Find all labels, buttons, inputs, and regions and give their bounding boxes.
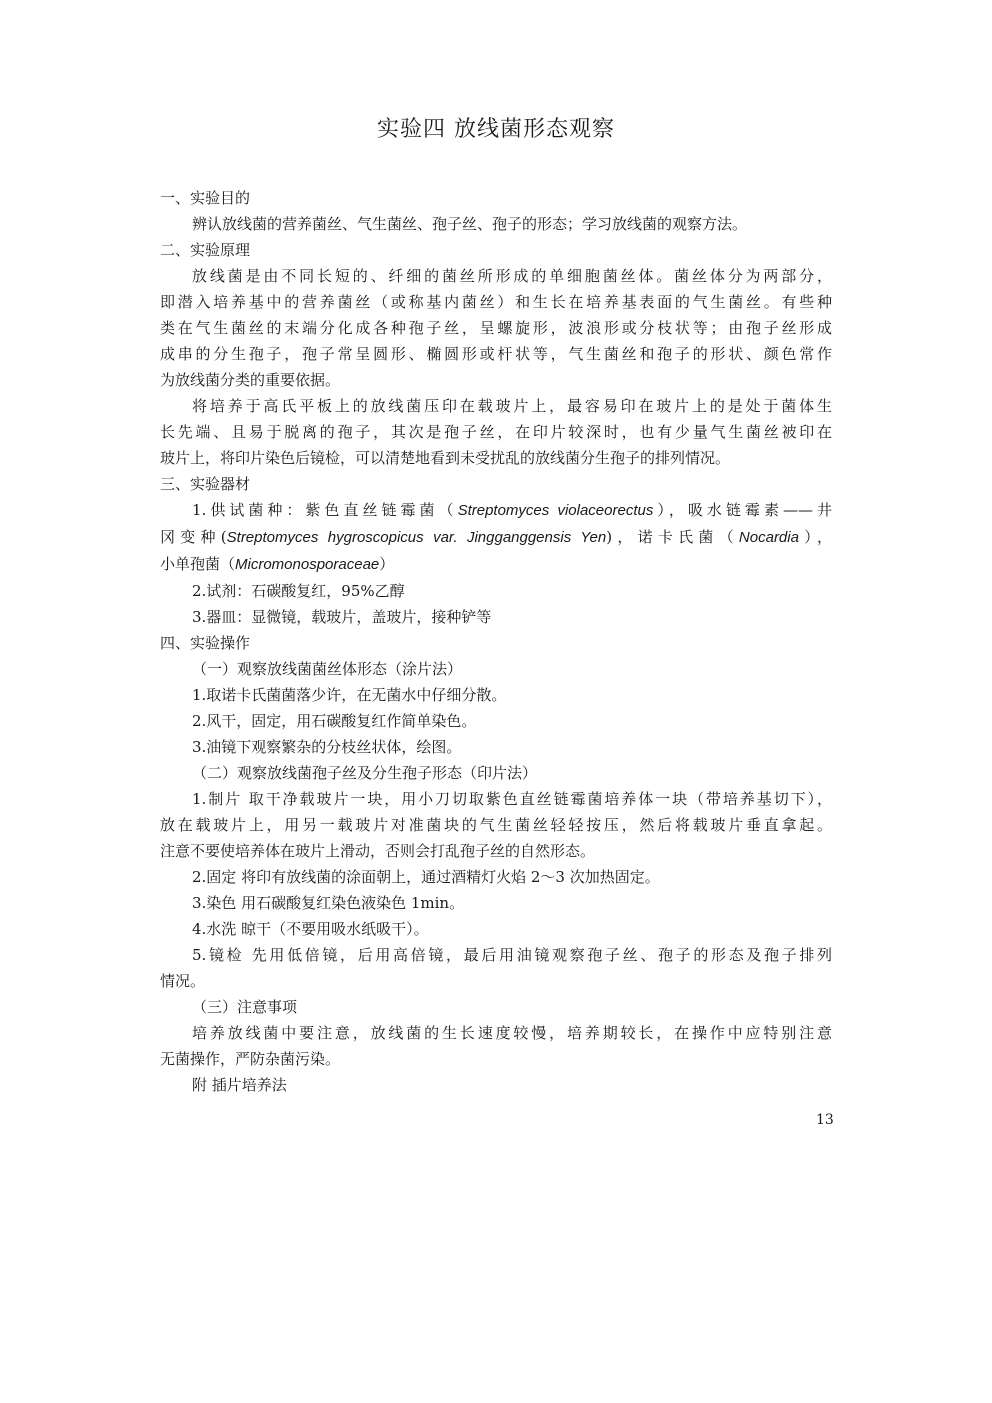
- text: 冈变种(: [160, 528, 227, 546]
- paragraph-line: 类在气生菌丝的末端分化成各种孢子丝，呈螺旋形，波浪形或分枝状等；由孢子丝形成: [160, 315, 832, 341]
- step-line: 情况。: [160, 968, 832, 994]
- step: 3.油镜下观察繁杂的分枝丝状体，绘图。: [160, 734, 832, 760]
- materials-item-1-line: 小单孢菌（Micromonosporaceae）: [160, 551, 832, 578]
- step: 1.取诺卡氏菌菌落少许，在无菌水中仔细分散。: [160, 682, 832, 708]
- paragraph-line: 无菌操作，严防杂菌污染。: [160, 1046, 832, 1072]
- paragraph-line: 玻片上，将印片染色后镜检，可以清楚地看到未受扰乱的放线菌分生孢子的排列情况。: [160, 445, 832, 471]
- species-name: Streptomyces hygroscopicus var. Jinggang…: [227, 529, 607, 546]
- step: 4.水洗 晾干（不要用吸水纸吸干）。: [160, 916, 832, 942]
- species-name: Micromonosporaceae: [235, 556, 379, 573]
- step-line: 放在载玻片上，用另一载玻片对准菌块的气生菌丝轻轻按压，然后将载玻片垂直拿起。: [160, 812, 832, 838]
- materials-item-1-line: 1.供试菌种：紫色直丝链霉菌（Streptomyces violaceorect…: [160, 497, 832, 524]
- paragraph-line: 放线菌是由不同长短的、纤细的菌丝所形成的单细胞菌丝体。菌丝体分为两部分，: [160, 263, 832, 289]
- text: ），: [799, 528, 832, 546]
- document-body: 一、实验目的 辨认放线菌的营养菌丝、气生菌丝、孢子丝、孢子的形态；学习放线菌的观…: [160, 185, 832, 1098]
- species-name: Nocardia: [739, 529, 799, 546]
- section-heading: 二、实验原理: [160, 237, 832, 263]
- subsection-heading: （二）观察放线菌孢子丝及分生孢子形态（印片法）: [160, 760, 832, 786]
- paragraph-line: 成串的分生孢子，孢子常呈圆形、椭圆形或杆状等，气生菌丝和孢子的形状、颜色常作: [160, 341, 832, 367]
- paragraph: 辨认放线菌的营养菌丝、气生菌丝、孢子丝、孢子的形态；学习放线菌的观察方法。: [160, 211, 832, 237]
- step-line: 1.制片 取干净载玻片一块，用小刀切取紫色直丝链霉菌培养体一块（带培养基切下），: [160, 786, 832, 812]
- paragraph-line: 将培养于高氏平板上的放线菌压印在载玻片上，最容易印在玻片上的是处于菌体生: [160, 393, 832, 419]
- page-number: 13: [816, 1112, 834, 1128]
- appendix-heading: 附 插片培养法: [160, 1072, 832, 1098]
- paragraph-line: 为放线菌分类的重要依据。: [160, 367, 832, 393]
- paragraph-line: 培养放线菌中要注意，放线菌的生长速度较慢，培养期较长，在操作中应特别注意: [160, 1020, 832, 1046]
- materials-item-3: 3.器皿：显微镜，载玻片，盖玻片，接种铲等: [160, 604, 832, 630]
- section-heading: 一、实验目的: [160, 185, 832, 211]
- document-page: 实验四 放线菌形态观察 一、实验目的 辨认放线菌的营养菌丝、气生菌丝、孢子丝、孢…: [0, 0, 992, 1403]
- species-name: Streptomyces violaceorectus: [458, 502, 654, 519]
- text: )，诺卡氏菌（: [606, 528, 739, 546]
- step: 2.风干，固定，用石碳酸复红作简单染色。: [160, 708, 832, 734]
- subsection-heading: （一）观察放线菌菌丝体形态（涂片法）: [160, 656, 832, 682]
- text: 小单孢菌（: [160, 555, 235, 573]
- materials-item-1-line: 冈变种(Streptomyces hygroscopicus var. Jing…: [160, 524, 832, 551]
- section-heading: 三、实验器材: [160, 471, 832, 497]
- step: 3.染色 用石碳酸复红染色液染色 1min。: [160, 890, 832, 916]
- paragraph-line: 长先端、且易于脱离的孢子，其次是孢子丝，在印片较深时，也有少量气生菌丝被印在: [160, 419, 832, 445]
- materials-item-2: 2.试剂：石碳酸复红，95%乙醇: [160, 578, 832, 604]
- text: ）: [379, 555, 394, 573]
- subsection-heading: （三）注意事项: [160, 994, 832, 1020]
- step-line: 注意不要使培养体在玻片上滑动，否则会打乱孢子丝的自然形态。: [160, 838, 832, 864]
- page-title: 实验四 放线菌形态观察: [0, 112, 992, 143]
- text: ），吸水链霉素——井: [653, 501, 832, 519]
- section-heading: 四、实验操作: [160, 630, 832, 656]
- step: 2.固定 将印有放线菌的涂面朝上，通过酒精灯火焰 2～3 次加热固定。: [160, 864, 832, 890]
- text: 1.供试菌种：紫色直丝链霉菌（: [192, 501, 458, 519]
- step-line: 5.镜检 先用低倍镜，后用高倍镜，最后用油镜观察孢子丝、孢子的形态及孢子排列: [160, 942, 832, 968]
- paragraph-line: 即潜入培养基中的营养菌丝（或称基内菌丝）和生长在培养基表面的气生菌丝。有些种: [160, 289, 832, 315]
